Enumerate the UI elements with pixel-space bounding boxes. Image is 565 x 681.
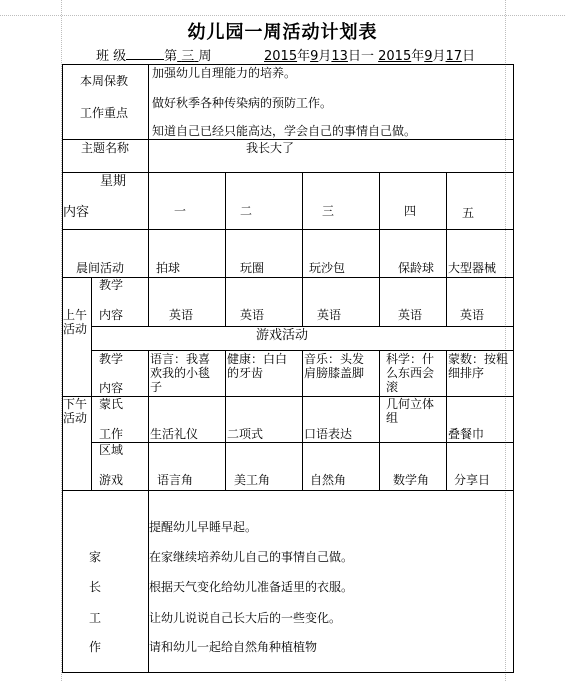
morning-exercise-tue: 玩圈 (240, 261, 264, 275)
teaching2-tue: 健康：白白 的牙齿 (227, 352, 287, 380)
table-border-top (62, 64, 514, 65)
weekday-wed: 三 (322, 204, 334, 218)
pm-label-line1: 下午 (63, 397, 87, 411)
col-line (446, 350, 447, 490)
morning-exercise-fri: 大型器械 (448, 261, 496, 275)
weekday-tue: 二 (240, 204, 252, 218)
area-games-tue: 美工角 (234, 473, 270, 487)
teaching1-label-line1: 教学 (99, 278, 123, 292)
col-line (225, 172, 226, 326)
teaching1-thu: 英语 (398, 308, 422, 322)
montessori-fri: 叠餐巾 (448, 427, 484, 441)
parent-work-item: 根据天气变化给幼儿准备适里的衣服。 (149, 580, 353, 594)
montessori-tue: 二项式 (227, 427, 263, 441)
row-line (62, 139, 514, 140)
col-line (225, 350, 226, 490)
focus-label-line1: 本周保教 (80, 74, 128, 88)
focus-label-line2: 工作重点 (80, 106, 128, 120)
class-label: 班 级 (96, 49, 126, 64)
teaching2-mon: 语言：我喜 欢我的小毯 子 (150, 352, 210, 394)
end-year: 2015 (378, 49, 411, 64)
col-line (446, 172, 447, 326)
teaching1-label-line2: 内容 (99, 308, 123, 322)
morning-exercise-wed: 玩沙包 (309, 261, 345, 275)
weekday-mon: 一 (174, 204, 186, 218)
parent-work-label-char: 工 (89, 611, 101, 625)
margin-guide-top (0, 15, 565, 16)
class-blank (126, 47, 164, 60)
row-line (62, 490, 514, 491)
area-games-label-line2: 游戏 (99, 473, 123, 487)
am-label-line2: 活动 (63, 322, 87, 336)
morning-exercise-thu: 保龄球 (398, 261, 434, 275)
pm-label-line2: 活动 (63, 411, 87, 425)
week-value: 三 (177, 49, 198, 64)
parent-work-item: 请和幼儿一起给自然角种植植物 (149, 640, 317, 654)
date-range: 2015年9月13日一 2015年9月17日 (264, 45, 475, 64)
theme-label: 主题名称 (81, 141, 129, 155)
teaching2-thu: 科学：什 么东西会 滚 (386, 352, 434, 394)
theme-value: 我长大了 (246, 141, 294, 155)
focus-item: 加强幼儿自理能力的培养。 (152, 66, 296, 80)
area-games-fri: 分享日 (454, 473, 490, 487)
montessori-label-line2: 工作 (99, 427, 123, 441)
teaching2-fri: 蒙数：按粗 细排序 (448, 352, 508, 380)
row-line (91, 326, 514, 327)
teaching1-mon: 英语 (169, 308, 193, 322)
col-line (302, 172, 303, 326)
header-corner-bottom: 内容 (63, 206, 89, 220)
morning-exercise-label: 晨间活动 (76, 261, 124, 275)
montessori-wed: 口语表达 (304, 427, 352, 441)
start-day: 13 (331, 49, 348, 64)
parent-work-label-char: 作 (89, 640, 101, 654)
margin-guide-right (505, 0, 506, 681)
header-corner-top: 星期 (100, 175, 126, 189)
table-border-bottom (62, 672, 514, 673)
am-label-line1: 上午 (63, 308, 87, 322)
montessori-mon: 生活礼仪 (150, 427, 198, 441)
montessori-label-line1: 蒙氏 (99, 397, 123, 411)
sub-col-line (91, 277, 92, 490)
document-title: 幼儿园一周活动计划表 (0, 18, 565, 44)
parent-work-item: 在家继续培养幼儿自己的事情自己做。 (149, 550, 353, 564)
area-games-wed: 自然角 (310, 473, 346, 487)
class-week-line: 班 级第 三 周 (96, 45, 211, 64)
week-prefix: 第 (164, 49, 177, 64)
weekday-fri: 五 (462, 206, 474, 220)
area-games-label-line1: 区域 (99, 443, 123, 457)
table-border-left (62, 64, 63, 672)
col-line (148, 64, 149, 326)
col-line (302, 350, 303, 490)
week-suffix: 周 (198, 49, 211, 64)
parent-work-item: 提醒幼儿早睡早起。 (149, 520, 257, 534)
weekday-thu: 四 (404, 204, 416, 218)
montessori-thu: 几何立体 组 (386, 397, 434, 425)
teaching2-label-line1: 教学 (99, 352, 123, 366)
area-games-thu: 数学角 (393, 473, 429, 487)
area-games-mon: 语言角 (157, 473, 193, 487)
focus-item: 做好秋季各种传染病的预防工作。 (152, 96, 332, 110)
teaching2-label-line2: 内容 (99, 381, 123, 395)
game-activity-label: 游戏活动 (256, 329, 308, 343)
end-month: 9 (424, 49, 432, 64)
teaching1-wed: 英语 (317, 308, 341, 322)
focus-item: 知道自己已经只能高达，学会自己的事情自己做。 (152, 124, 416, 138)
teaching1-tue: 英语 (240, 308, 264, 322)
teaching1-fri: 英语 (460, 308, 484, 322)
teaching2-wed: 音乐：头发 肩膀膝盖脚 (304, 352, 364, 380)
col-line (379, 172, 380, 326)
morning-exercise-mon: 拍球 (156, 261, 180, 275)
parent-work-label-char: 家 (89, 550, 101, 564)
end-day: 17 (446, 49, 463, 64)
parent-work-item: 让幼儿说说自己长大后的一些变化。 (149, 611, 341, 625)
start-year: 2015 (264, 49, 297, 64)
col-line (379, 350, 380, 490)
parent-work-label-char: 长 (89, 580, 101, 594)
table-border-right (513, 64, 514, 672)
